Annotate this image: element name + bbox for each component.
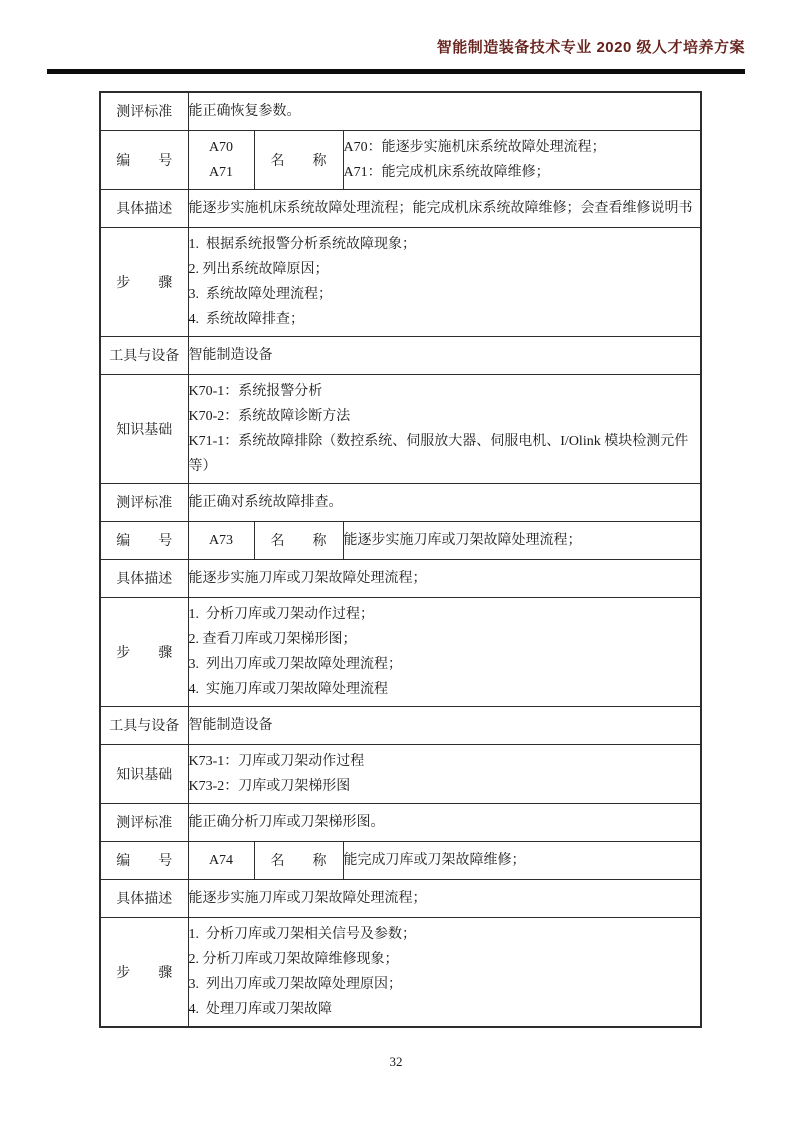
training-table: 测评标准能正确恢复参数。编 号A70A71名 称A70：能逐步实施机床系统故障处… — [99, 91, 702, 1028]
page-header: 智能制造装备技术专业 2020 级人才培养方案 — [47, 38, 745, 74]
table-row: 工具与设备智能制造设备 — [100, 706, 701, 744]
code-cell: A74 — [188, 841, 254, 879]
content-cell: 1. 分析刀库或刀架动作过程；2. 查看刀库或刀架梯形图；3. 列出刀库或刀架故… — [188, 597, 701, 706]
text-line: K73-2：刀库或刀架梯形图 — [189, 774, 701, 799]
row-label: 具体描述 — [100, 189, 188, 227]
content-cell: 1. 分析刀库或刀架相关信号及参数；2. 分析刀库或刀架故障维修现象；3. 列出… — [188, 917, 701, 1027]
text-line: 3. 列出刀库或刀架故障处理流程； — [189, 652, 701, 677]
table-row: 步 骤1. 分析刀库或刀架动作过程；2. 查看刀库或刀架梯形图；3. 列出刀库或… — [100, 597, 701, 706]
text-line: 智能制造设备 — [189, 343, 701, 368]
row-label: 编 号 — [100, 521, 188, 559]
table-row: 编 号A70A71名 称A70：能逐步实施机床系统故障处理流程；A71：能完成机… — [100, 130, 701, 189]
name-label: 名 称 — [254, 841, 343, 879]
content-cell: 能逐步实施刀库或刀架故障处理流程； — [188, 559, 701, 597]
page-footer: 32 — [47, 1054, 745, 1070]
text-line: 3. 列出刀库或刀架故障处理原因； — [189, 972, 701, 997]
content-cell: 1. 根据系统报警分析系统故障现象；2. 列出系统故障原因；3. 系统故障处理流… — [188, 227, 701, 336]
table-row: 知识基础K70-1：系统报警分析K70-2：系统故障诊断方法K71-1：系统故障… — [100, 374, 701, 483]
name-label: 名 称 — [254, 521, 343, 559]
row-label: 具体描述 — [100, 879, 188, 917]
row-label: 步 骤 — [100, 917, 188, 1027]
table-row: 步 骤1. 分析刀库或刀架相关信号及参数；2. 分析刀库或刀架故障维修现象；3.… — [100, 917, 701, 1027]
table-row: 具体描述能逐步实施刀库或刀架故障处理流程； — [100, 559, 701, 597]
row-label: 编 号 — [100, 130, 188, 189]
content-cell: 能正确恢复参数。 — [188, 92, 701, 130]
text-line: 4. 处理刀库或刀架故障 — [189, 997, 701, 1022]
text-line: 能正确对系统故障排查。 — [189, 490, 701, 515]
table-row: 步 骤1. 根据系统报警分析系统故障现象；2. 列出系统故障原因；3. 系统故障… — [100, 227, 701, 336]
row-label: 知识基础 — [100, 374, 188, 483]
text-line: 3. 系统故障处理流程； — [189, 282, 701, 307]
content-cell: 能完成刀库或刀架故障维修； — [343, 841, 701, 879]
document-page: 智能制造装备技术专业 2020 级人才培养方案 测评标准能正确恢复参数。编 号A… — [0, 0, 793, 1122]
table-row: 测评标准能正确分析刀库或刀架梯形图。 — [100, 803, 701, 841]
table-row: 编 号A73名 称能逐步实施刀库或刀架故障处理流程； — [100, 521, 701, 559]
content-cell: 能逐步实施机床系统故障处理流程；能完成机床系统故障维修；会查看维修说明书 — [188, 189, 701, 227]
code-cell: A73 — [188, 521, 254, 559]
text-line: 能逐步实施刀库或刀架故障处理流程； — [344, 528, 701, 553]
content-cell: 智能制造设备 — [188, 336, 701, 374]
text-line: K73-1：刀库或刀架动作过程 — [189, 749, 701, 774]
content-cell: K70-1：系统报警分析K70-2：系统故障诊断方法K71-1：系统故障排除（数… — [188, 374, 701, 483]
row-label: 步 骤 — [100, 227, 188, 336]
text-line: A71：能完成机床系统故障维修； — [344, 160, 701, 185]
row-label: 编 号 — [100, 841, 188, 879]
header-title: 智能制造装备技术专业 2020 级人才培养方案 — [47, 38, 745, 58]
content-cell: K73-1：刀库或刀架动作过程K73-2：刀库或刀架梯形图 — [188, 744, 701, 803]
text-line: 2. 分析刀库或刀架故障维修现象； — [189, 947, 701, 972]
header-divider-rule — [47, 69, 745, 74]
text-line: A74 — [189, 848, 254, 873]
text-line: 1. 根据系统报警分析系统故障现象； — [189, 232, 701, 257]
text-line: 能逐步实施机床系统故障处理流程；能完成机床系统故障维修；会查看维修说明书 — [189, 196, 701, 221]
row-label: 测评标准 — [100, 483, 188, 521]
text-line: 智能制造设备 — [189, 713, 701, 738]
code-cell: A70A71 — [188, 130, 254, 189]
text-line: 2. 列出系统故障原因； — [189, 257, 701, 282]
text-line: 1. 分析刀库或刀架相关信号及参数； — [189, 922, 701, 947]
content-cell: A70：能逐步实施机床系统故障处理流程；A71：能完成机床系统故障维修； — [343, 130, 701, 189]
content-cell: 能逐步实施刀库或刀架故障处理流程； — [188, 879, 701, 917]
text-line: K70-2：系统故障诊断方法 — [189, 404, 701, 429]
training-table-body: 测评标准能正确恢复参数。编 号A70A71名 称A70：能逐步实施机床系统故障处… — [100, 92, 701, 1027]
text-line: 能逐步实施刀库或刀架故障处理流程； — [189, 566, 701, 591]
content-cell: 能正确对系统故障排查。 — [188, 483, 701, 521]
table-row: 测评标准能正确对系统故障排查。 — [100, 483, 701, 521]
row-label: 测评标准 — [100, 92, 188, 130]
text-line: A71 — [189, 160, 254, 185]
text-line: 1. 分析刀库或刀架动作过程； — [189, 602, 701, 627]
text-line: A70：能逐步实施机床系统故障处理流程； — [344, 135, 701, 160]
content-cell: 能正确分析刀库或刀架梯形图。 — [188, 803, 701, 841]
text-line: 能正确恢复参数。 — [189, 99, 701, 124]
table-row: 具体描述能逐步实施刀库或刀架故障处理流程； — [100, 879, 701, 917]
content-cell: 能逐步实施刀库或刀架故障处理流程； — [343, 521, 701, 559]
row-label: 步 骤 — [100, 597, 188, 706]
content-cell: 智能制造设备 — [188, 706, 701, 744]
text-line: A73 — [189, 528, 254, 553]
table-row: 测评标准能正确恢复参数。 — [100, 92, 701, 130]
text-line: K71-1：系统故障排除（数控系统、伺服放大器、伺服电机、I/Olink 模块检… — [189, 429, 701, 479]
name-label: 名 称 — [254, 130, 343, 189]
row-label: 知识基础 — [100, 744, 188, 803]
table-row: 编 号A74名 称能完成刀库或刀架故障维修； — [100, 841, 701, 879]
row-label: 测评标准 — [100, 803, 188, 841]
text-line: 2. 查看刀库或刀架梯形图； — [189, 627, 701, 652]
row-label: 工具与设备 — [100, 336, 188, 374]
text-line: 4. 实施刀库或刀架故障处理流程 — [189, 677, 701, 702]
row-label: 工具与设备 — [100, 706, 188, 744]
text-line: 能逐步实施刀库或刀架故障处理流程； — [189, 886, 701, 911]
text-line: 能完成刀库或刀架故障维修； — [344, 848, 701, 873]
text-line: A70 — [189, 135, 254, 160]
table-row: 知识基础K73-1：刀库或刀架动作过程K73-2：刀库或刀架梯形图 — [100, 744, 701, 803]
text-line: 4. 系统故障排查； — [189, 307, 701, 332]
table-row: 具体描述能逐步实施机床系统故障处理流程；能完成机床系统故障维修；会查看维修说明书 — [100, 189, 701, 227]
text-line: K70-1：系统报警分析 — [189, 379, 701, 404]
row-label: 具体描述 — [100, 559, 188, 597]
page-number: 32 — [390, 1054, 403, 1069]
text-line: 能正确分析刀库或刀架梯形图。 — [189, 810, 701, 835]
table-row: 工具与设备智能制造设备 — [100, 336, 701, 374]
